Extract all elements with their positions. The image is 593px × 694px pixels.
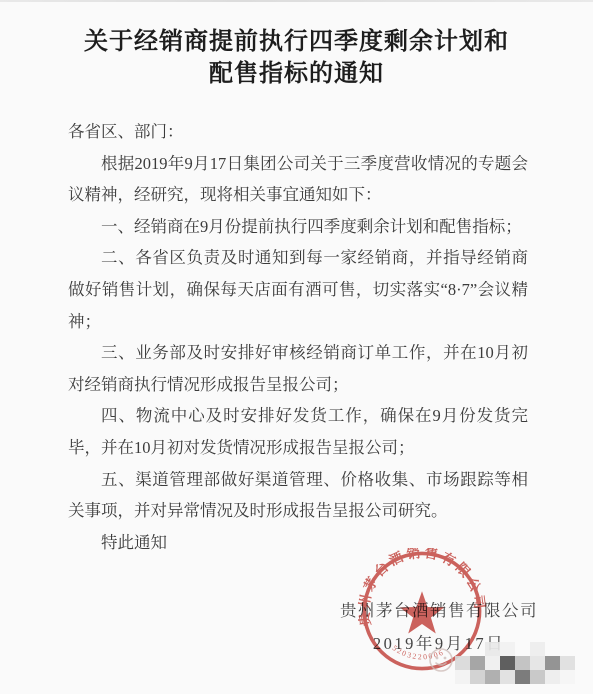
document-title: 关于经销商提前执行四季度剩余计划和 配售指标的通知 [30, 26, 563, 90]
paragraph-item-2: 二、各省区负责及时通知到每一家经销商，并指导经销商做好销售计划，确保每天店面有酒… [68, 242, 528, 337]
mosaic-cell [470, 656, 485, 670]
mosaic-cell [545, 670, 560, 684]
mosaic-cell [500, 642, 515, 656]
mosaic-cell [560, 670, 575, 684]
document-body: 各省区、部门： 根据2019年9月17日集团公司关于三季度营收情况的专题会议精神… [68, 116, 528, 558]
mosaic-cell [515, 642, 530, 656]
signature-company-name: 贵州茅台酒销售有限公司 [329, 597, 549, 621]
mosaic-cell [500, 670, 515, 684]
mosaic-cell [560, 656, 575, 670]
document-title-line1: 关于经销商提前执行四季度剩余计划和 [30, 26, 563, 58]
mosaic-cell [515, 670, 530, 684]
notice-document-page: 关于经销商提前执行四季度剩余计划和 配售指标的通知 各省区、部门： 根据2019… [0, 0, 593, 694]
mosaic-cell [455, 642, 470, 656]
paragraph-item-4: 四、物流中心及时安排好发货工作，确保在9月份发货完毕，并在10月初对发货情况形成… [68, 400, 528, 463]
mosaic-cell [515, 656, 530, 670]
mosaic-cell [530, 642, 545, 656]
paragraph-item-5: 五、渠道管理部做好渠道管理、价格收集、市场跟踪等相关事项，并对异常情况及时形成报… [68, 464, 528, 527]
mosaic-watermark [455, 642, 575, 684]
mosaic-cell [500, 656, 515, 670]
mosaic-cell [455, 656, 470, 670]
scan-top-edge-line [0, 0, 593, 2]
mosaic-cell [455, 670, 470, 684]
salutation: 各省区、部门： [68, 116, 528, 148]
mosaic-cell [530, 656, 545, 670]
mosaic-cell [545, 656, 560, 670]
mosaic-cell [485, 656, 500, 670]
mosaic-cell [560, 642, 575, 656]
mosaic-cell [470, 642, 485, 656]
mosaic-cell [545, 642, 560, 656]
closing-line: 特此通知 [68, 527, 528, 559]
paragraph-intro: 根据2019年9月17日集团公司关于三季度营收情况的专题会议精神，经研究，现将相… [68, 148, 528, 211]
mosaic-cell [485, 642, 500, 656]
paragraph-item-1: 一、经销商在9月份提前执行四季度剩余计划和配售指标； [68, 211, 528, 243]
mosaic-cell [530, 670, 545, 684]
document-title-line2: 配售指标的通知 [30, 58, 563, 90]
mosaic-cell [485, 670, 500, 684]
mosaic-cell [470, 670, 485, 684]
smiley-doodle-watermark-icon [425, 644, 457, 676]
paragraph-item-3: 三、业务部及时安排好审核经销商订单工作，并在10月初对经销商执行情况形成报告呈报… [68, 337, 528, 400]
